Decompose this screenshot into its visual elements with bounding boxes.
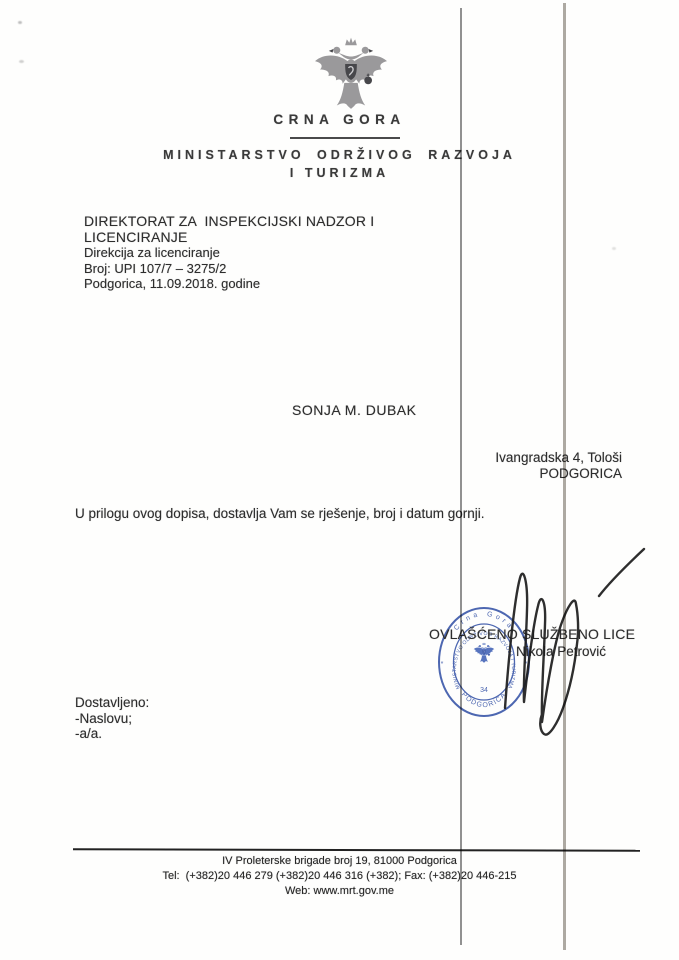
distribution-label: Dostavljeno:: [75, 695, 149, 711]
montenegro-coat-of-arms-icon: [307, 36, 395, 113]
body-paragraph: U prilogu ovog dopisa, dostavlja Vam se …: [75, 506, 484, 521]
distribution-block: Dostavljeno: -Naslovu; -a/a.: [75, 695, 149, 742]
ministry-name-line1: MINISTARSTVO ODRŽIVOG RAZVOJA: [0, 148, 679, 162]
scan-speck: [19, 60, 24, 63]
footer-divider: [73, 848, 640, 851]
scan-artifact-vertical-line: [563, 3, 566, 950]
stamp-left-ornament-icon: *: [441, 661, 444, 668]
letter-page: CRNA GORA MINISTARSTVO ODRŽIVOG RAZVOJA …: [0, 0, 679, 960]
case-number: Broj: UPI 107/7 – 3275/2: [84, 261, 374, 277]
scan-speck: [18, 21, 22, 24]
scan-speck: [612, 247, 616, 250]
place-date: Podgorica, 11.09.2018. godine: [84, 276, 374, 292]
stamp-number: 34: [480, 687, 488, 694]
address-street: Ivangradska 4, Tološi: [402, 450, 622, 466]
ministry-name-line2: I TURIZMA: [0, 166, 679, 180]
country-title: CRNA GORA: [0, 112, 679, 127]
footer-phone-fax: Tel: (+382)20 446 279 (+382)20 446 316 (…: [0, 869, 679, 884]
department-block: DIREKTORAT ZA INSPEKCIJSKI NADZOR I LICE…: [84, 214, 374, 292]
scan-artifact-vertical-line: [460, 8, 462, 945]
distribution-item: -a/a.: [75, 726, 149, 742]
footer-website: Web: www.mrt.gov.me: [0, 884, 679, 899]
directorate-line: DIREKTORAT ZA INSPEKCIJSKI NADZOR I: [84, 214, 374, 230]
distribution-item: -Naslovu;: [75, 711, 149, 727]
header-divider: [290, 137, 400, 139]
recipient-name: SONJA M. DUBAK: [292, 402, 416, 418]
handwritten-signature: [495, 538, 655, 743]
footer-address: IV Proleterske brigade broj 19, 81000 Po…: [0, 854, 679, 869]
footer-block: IV Proleterske brigade broj 19, 81000 Po…: [0, 854, 679, 898]
recipient-address: Ivangradska 4, Tološi PODGORICA: [402, 450, 622, 482]
address-city: PODGORICA: [402, 466, 622, 482]
licensing-line: LICENCIRANJE: [84, 230, 374, 246]
direction-line: Direkcija za licenciranje: [84, 245, 374, 261]
